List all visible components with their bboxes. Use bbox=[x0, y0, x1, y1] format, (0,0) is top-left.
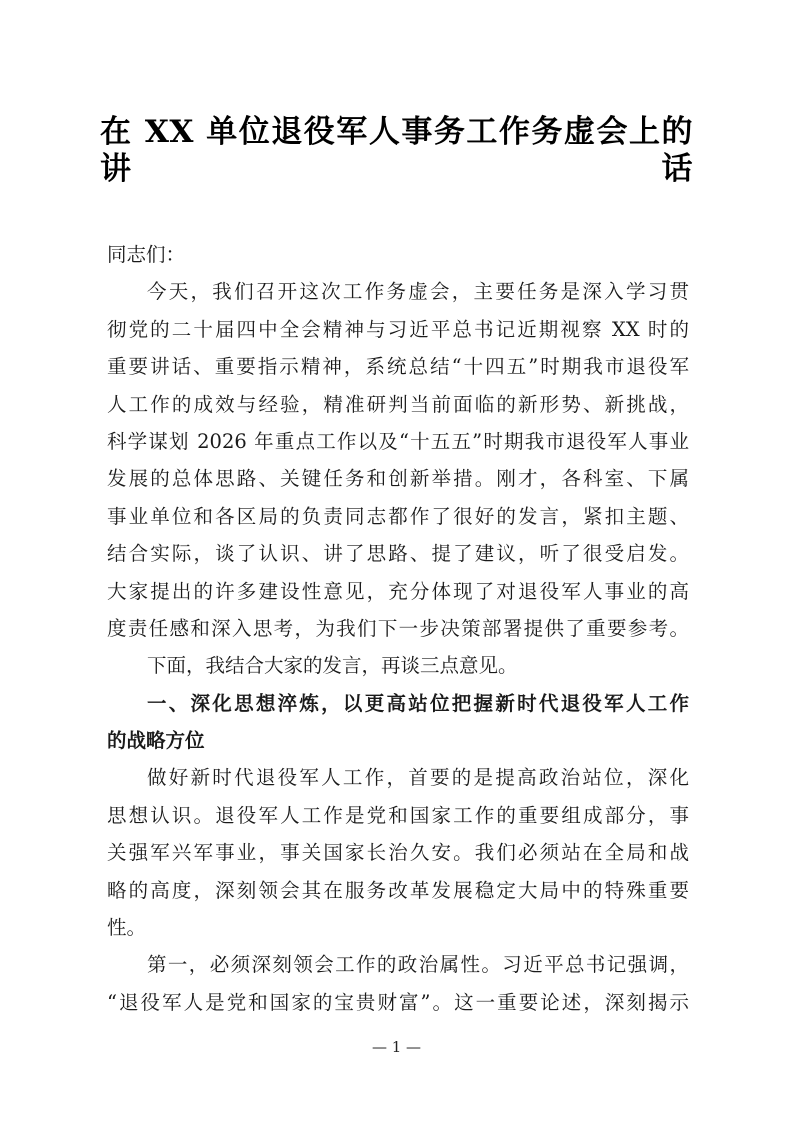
paragraph-intro: 今天，我们召开这次工作务虚会，主要任务是深入学习贯 彻党的二十届四中全会精神与习… bbox=[107, 273, 689, 647]
paragraph-line: 事业单位和各区局的负责同志都作了很好的发言，紧扣主题、 bbox=[107, 498, 689, 535]
document-page: 在 XX 单位退役军人事务工作务虚会上的 讲话 同志们： 今天，我们召开这次工作… bbox=[0, 0, 793, 1122]
paragraph-line: “退役军人是党和国家的宝贵财富”。这一重要论述，深刻揭示 bbox=[107, 984, 689, 1021]
title-line-1: 在 XX 单位退役军人事务工作务虚会上的 bbox=[100, 108, 693, 145]
paragraph-line: 重要讲话、重要指示精神，系统总结“十四五”时期我市退役军 bbox=[107, 348, 689, 385]
paragraph-line: 今天，我们召开这次工作务虚会，主要任务是深入学习贯 bbox=[107, 273, 689, 310]
paragraph-line: 度责任感和深入思考，为我们下一步决策部署提供了重要参考。 bbox=[107, 610, 689, 647]
section-heading-1: 一、深化思想淬炼，以更高站位把握新时代退役军人工作 的战略方位 bbox=[107, 685, 689, 760]
page-number: — 1 — bbox=[0, 1038, 793, 1056]
paragraph-line: 下面，我结合大家的发言，再谈三点意见。 bbox=[107, 647, 689, 684]
document-body: 同志们： 今天，我们召开这次工作务虚会，主要任务是深入学习贯 彻党的二十届四中全… bbox=[107, 236, 689, 1021]
paragraph-line: 结合实际，谈了认识、讲了思路、提了建议，听了很受启发。 bbox=[107, 535, 689, 572]
paragraph-line: 思想认识。退役军人工作是党和国家工作的重要组成部分，事 bbox=[107, 797, 689, 834]
paragraph-line: 发展的总体思路、关键任务和创新举措。刚才，各科室、下属 bbox=[107, 460, 689, 497]
paragraph-line: 彻党的二十届四中全会精神与习近平总书记近期视察 XX 时的 bbox=[107, 311, 689, 348]
salutation: 同志们： bbox=[107, 236, 689, 273]
paragraph-line: 性。 bbox=[107, 909, 689, 946]
paragraph-line: 大家提出的许多建设性意见，充分体现了对退役军人事业的高 bbox=[107, 573, 689, 610]
paragraph-line: 人工作的成效与经验，精准研判当前面临的新形势、新挑战， bbox=[107, 386, 689, 423]
paragraph-line: 略的高度，深刻领会其在服务改革发展稳定大局中的特殊重要 bbox=[107, 872, 689, 909]
heading-line: 的战略方位 bbox=[107, 722, 689, 759]
paragraph-line: 科学谋划 2026 年重点工作以及“十五五”时期我市退役军人事业 bbox=[107, 423, 689, 460]
paragraph-transition: 下面，我结合大家的发言，再谈三点意见。 bbox=[107, 647, 689, 684]
paragraph-point-1: 第一，必须深刻领会工作的政治属性。习近平总书记强调， “退役军人是党和国家的宝贵… bbox=[107, 946, 689, 1021]
paragraph-section-1: 做好新时代退役军人工作，首要的是提高政治站位，深化 思想认识。退役军人工作是党和… bbox=[107, 759, 689, 946]
paragraph-line: 做好新时代退役军人工作，首要的是提高政治站位，深化 bbox=[107, 759, 689, 796]
document-title: 在 XX 单位退役军人事务工作务虚会上的 讲话 bbox=[100, 108, 693, 183]
heading-line: 一、深化思想淬炼，以更高站位把握新时代退役军人工作 bbox=[107, 685, 689, 722]
paragraph-line: 关强军兴军事业，事关国家长治久安。我们必须站在全局和战 bbox=[107, 834, 689, 871]
paragraph-line: 第一，必须深刻领会工作的政治属性。习近平总书记强调， bbox=[107, 946, 689, 983]
title-line-2: 讲话 bbox=[100, 145, 693, 182]
